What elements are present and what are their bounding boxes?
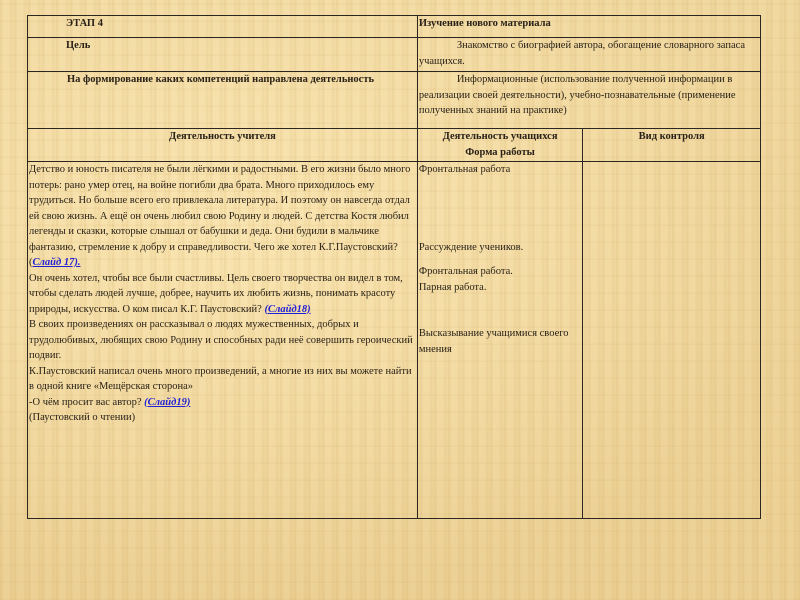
header-students: Деятельность учащихся Форма работы	[417, 129, 582, 162]
teacher-paragraph-4: К.Паустовский написал очень много произв…	[29, 364, 416, 395]
student-form-2: Рассуждение учеников.	[419, 240, 581, 256]
teacher-paragraph-1: Детство и юность писателя не были лёгким…	[29, 162, 416, 271]
teacher-paragraph-5-text: -О чём просит вас автор?	[29, 397, 142, 408]
student-form-5: Высказывание учащимися своего мнения	[419, 326, 581, 357]
student-form-3: Фронтальная работа.	[419, 264, 581, 280]
lesson-plan-table: ЭТАП 4 Изучение нового материала Цель Зн…	[27, 15, 761, 519]
stage-row: ЭТАП 4 Изучение нового материала	[28, 16, 761, 38]
header-students-line2: Форма работы	[419, 145, 581, 161]
slide-19-link[interactable]: (Слайд19)	[144, 397, 190, 408]
slide-17-link[interactable]: Слайд 17).	[33, 257, 81, 268]
student-form-1: Фронтальная работа	[419, 162, 581, 178]
teacher-paragraph-3: В своих произведениях он рассказывал о л…	[29, 317, 416, 364]
slide-18-link[interactable]: (Слайд18)	[264, 304, 310, 315]
teacher-paragraph-5: -О чём просит вас автор? (Слайд19)	[29, 395, 416, 411]
competencies-row: На формирование каких компетенций направ…	[28, 72, 761, 129]
competencies-text: Информационные (использование полученной…	[419, 72, 759, 119]
competencies-label-text: На формирование каких компетенций направ…	[29, 72, 416, 88]
content-row: Детство и юность писателя не были лёгким…	[28, 162, 761, 519]
goal-text: Знакомство с биографией автора, обогащен…	[419, 38, 759, 69]
stage-label: ЭТАП 4	[28, 16, 418, 38]
stage-value: Изучение нового материала	[417, 16, 760, 38]
student-form-4: Парная работа.	[419, 280, 581, 296]
competencies-label: На формирование каких компетенций направ…	[28, 72, 418, 129]
header-teacher: Деятельность учителя	[28, 129, 418, 162]
goal-row: Цель Знакомство с биографией автора, обо…	[28, 38, 761, 72]
column-header-row: Деятельность учителя Деятельность учащих…	[28, 129, 761, 162]
goal-value: Знакомство с биографией автора, обогащен…	[417, 38, 760, 72]
goal-label: Цель	[28, 38, 418, 72]
student-activity-cell: Фронтальная работа Рассуждение учеников.…	[417, 162, 582, 519]
teacher-paragraph-6: (Паустовский о чтении)	[29, 410, 416, 426]
control-type-cell	[583, 162, 761, 519]
header-control: Вид контроля	[583, 129, 761, 162]
teacher-paragraph-2: Он очень хотел, чтобы все были счастливы…	[29, 271, 416, 318]
teacher-paragraph-1-text: Детство и юность писателя не были лёгким…	[29, 164, 410, 253]
header-students-line1: Деятельность учащихся	[419, 129, 581, 145]
competencies-value: Информационные (использование полученной…	[417, 72, 760, 129]
teacher-activity-cell: Детство и юность писателя не были лёгким…	[28, 162, 418, 519]
teacher-paragraph-2-text: Он очень хотел, чтобы все были счастливы…	[29, 273, 403, 315]
